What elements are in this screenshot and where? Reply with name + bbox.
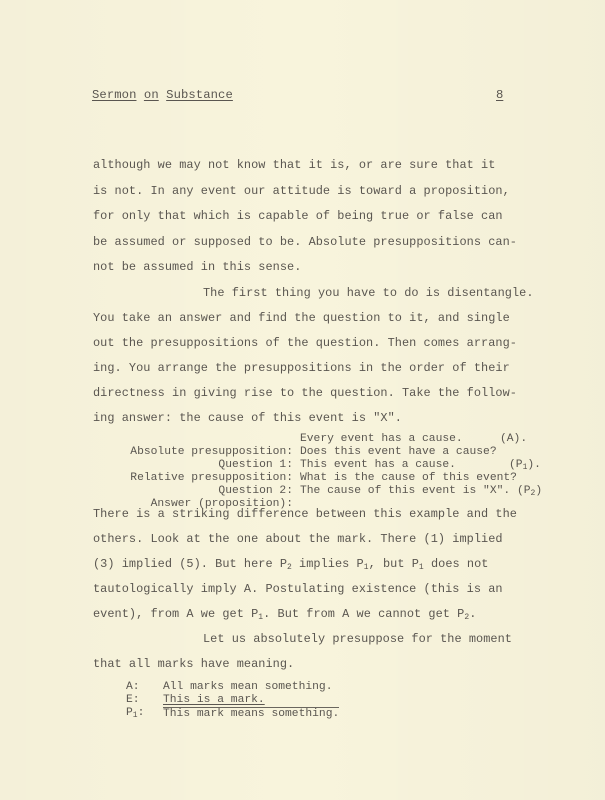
text-line: for only that which is capable of being … [93,209,503,223]
typewritten-page: Sermon on Substance 8 although we may no… [0,0,605,800]
text-line: others. Look at the one about the mark. … [93,532,503,546]
schema-text: The cause of this event is "X". (P2) [300,485,542,498]
text-line-indented: The first thing you have to do is disent… [203,286,534,300]
text-line: directness in giving rise to the questio… [93,386,517,400]
text-line: that all marks have meaning. [93,657,294,671]
text-line: There is a striking difference between t… [93,507,517,521]
text-line: ing answer: the cause of this event is "… [93,411,402,425]
text-line: not be assumed in this sense. [93,260,301,274]
schema-tag: (P1). [509,459,541,472]
header-word: on [144,88,159,102]
schema-text: Every event has a cause.(A). [300,433,463,446]
text-line-indented: Let us absolutely presuppose for the mom… [203,632,512,646]
text-line: although we may not know that it is, or … [93,158,495,172]
syllogism-label: P1: [126,707,144,720]
syllogism-label: E: [126,694,140,707]
schema-tag: (A). [500,433,527,446]
text-line: out the presuppositions of the question.… [93,336,517,350]
text-line: be assumed or supposed to be. Absolute p… [93,235,517,249]
running-header: Sermon on Substance [92,88,233,102]
text-line: event), from A we get P1. But from A we … [93,607,476,621]
page-number: 8 [496,88,503,102]
text-line: is not. In any event our attitude is tow… [93,184,510,198]
schema-text: Does this event have a cause? [300,446,497,459]
syllogism-label: A: [126,681,140,694]
syllogism-premise: All marks mean something. [163,681,332,694]
text-line: ing. You arrange the presuppositions in … [93,361,510,375]
header-word: Substance [166,88,233,102]
text-line: You take an answer and find the question… [93,311,510,325]
text-line: tautologically imply A. Postulating exis… [93,582,503,596]
schema-text: What is the cause of this event? [300,472,517,485]
header-word: Sermon [92,88,136,102]
text-line: (3) implied (5). But here P2 implies P1,… [93,557,488,571]
schema-tag: (P2) [517,485,542,497]
syllogism-conclusion: This mark means something. [163,707,339,720]
syllogism-premise: This is a mark. [163,694,265,707]
schema-text: This event has a cause.(P1). [300,459,456,472]
